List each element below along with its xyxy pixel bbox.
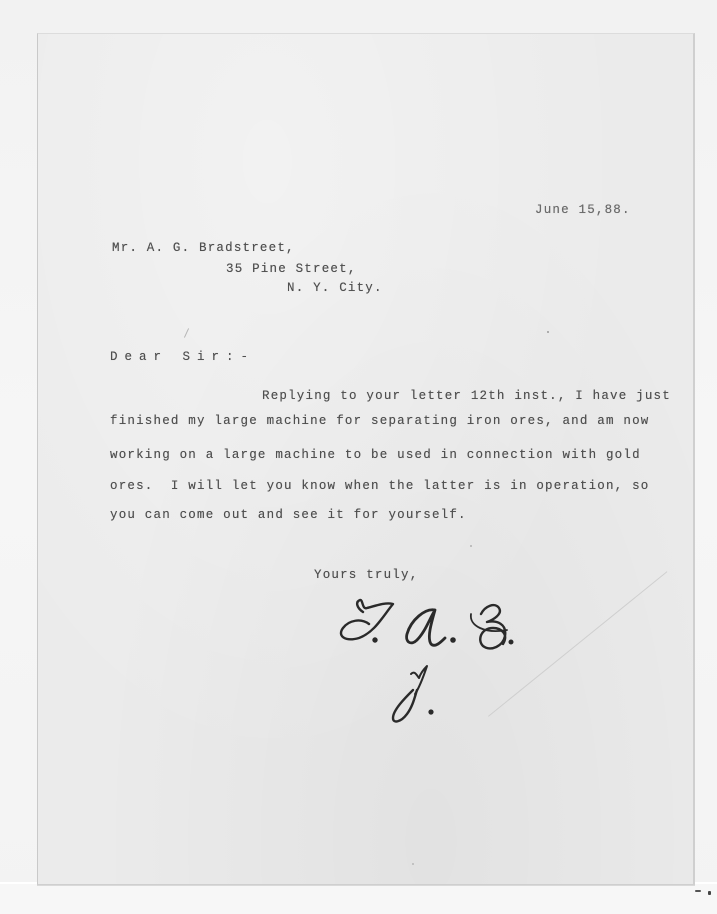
body-line: finished my large machine for separating… (110, 414, 649, 428)
paper-speck (708, 891, 711, 895)
closing: Yours truly, (314, 568, 418, 582)
body-line: you can come out and see it for yourself… (110, 508, 467, 522)
scanner-bottom-edge (0, 882, 717, 914)
paper-speck (412, 863, 414, 865)
recipient-name: Mr. A. G. Bradstreet, (112, 241, 295, 255)
paper-speck (547, 331, 549, 333)
recipient-city: N. Y. City. (287, 281, 383, 295)
handwritten-signature (335, 590, 535, 730)
body-line: ores. I will let you know when the latte… (110, 479, 649, 493)
body-line: working on a large machine to be used in… (110, 448, 641, 462)
recipient-street: 35 Pine Street, (226, 262, 357, 276)
body-line: Replying to your letter 12th inst., I ha… (262, 389, 671, 403)
paper-speck (695, 890, 701, 892)
paper-speck (470, 545, 472, 547)
salutation: Dear Sir:- (110, 350, 255, 364)
letter-date: June 15,88. (535, 203, 631, 217)
